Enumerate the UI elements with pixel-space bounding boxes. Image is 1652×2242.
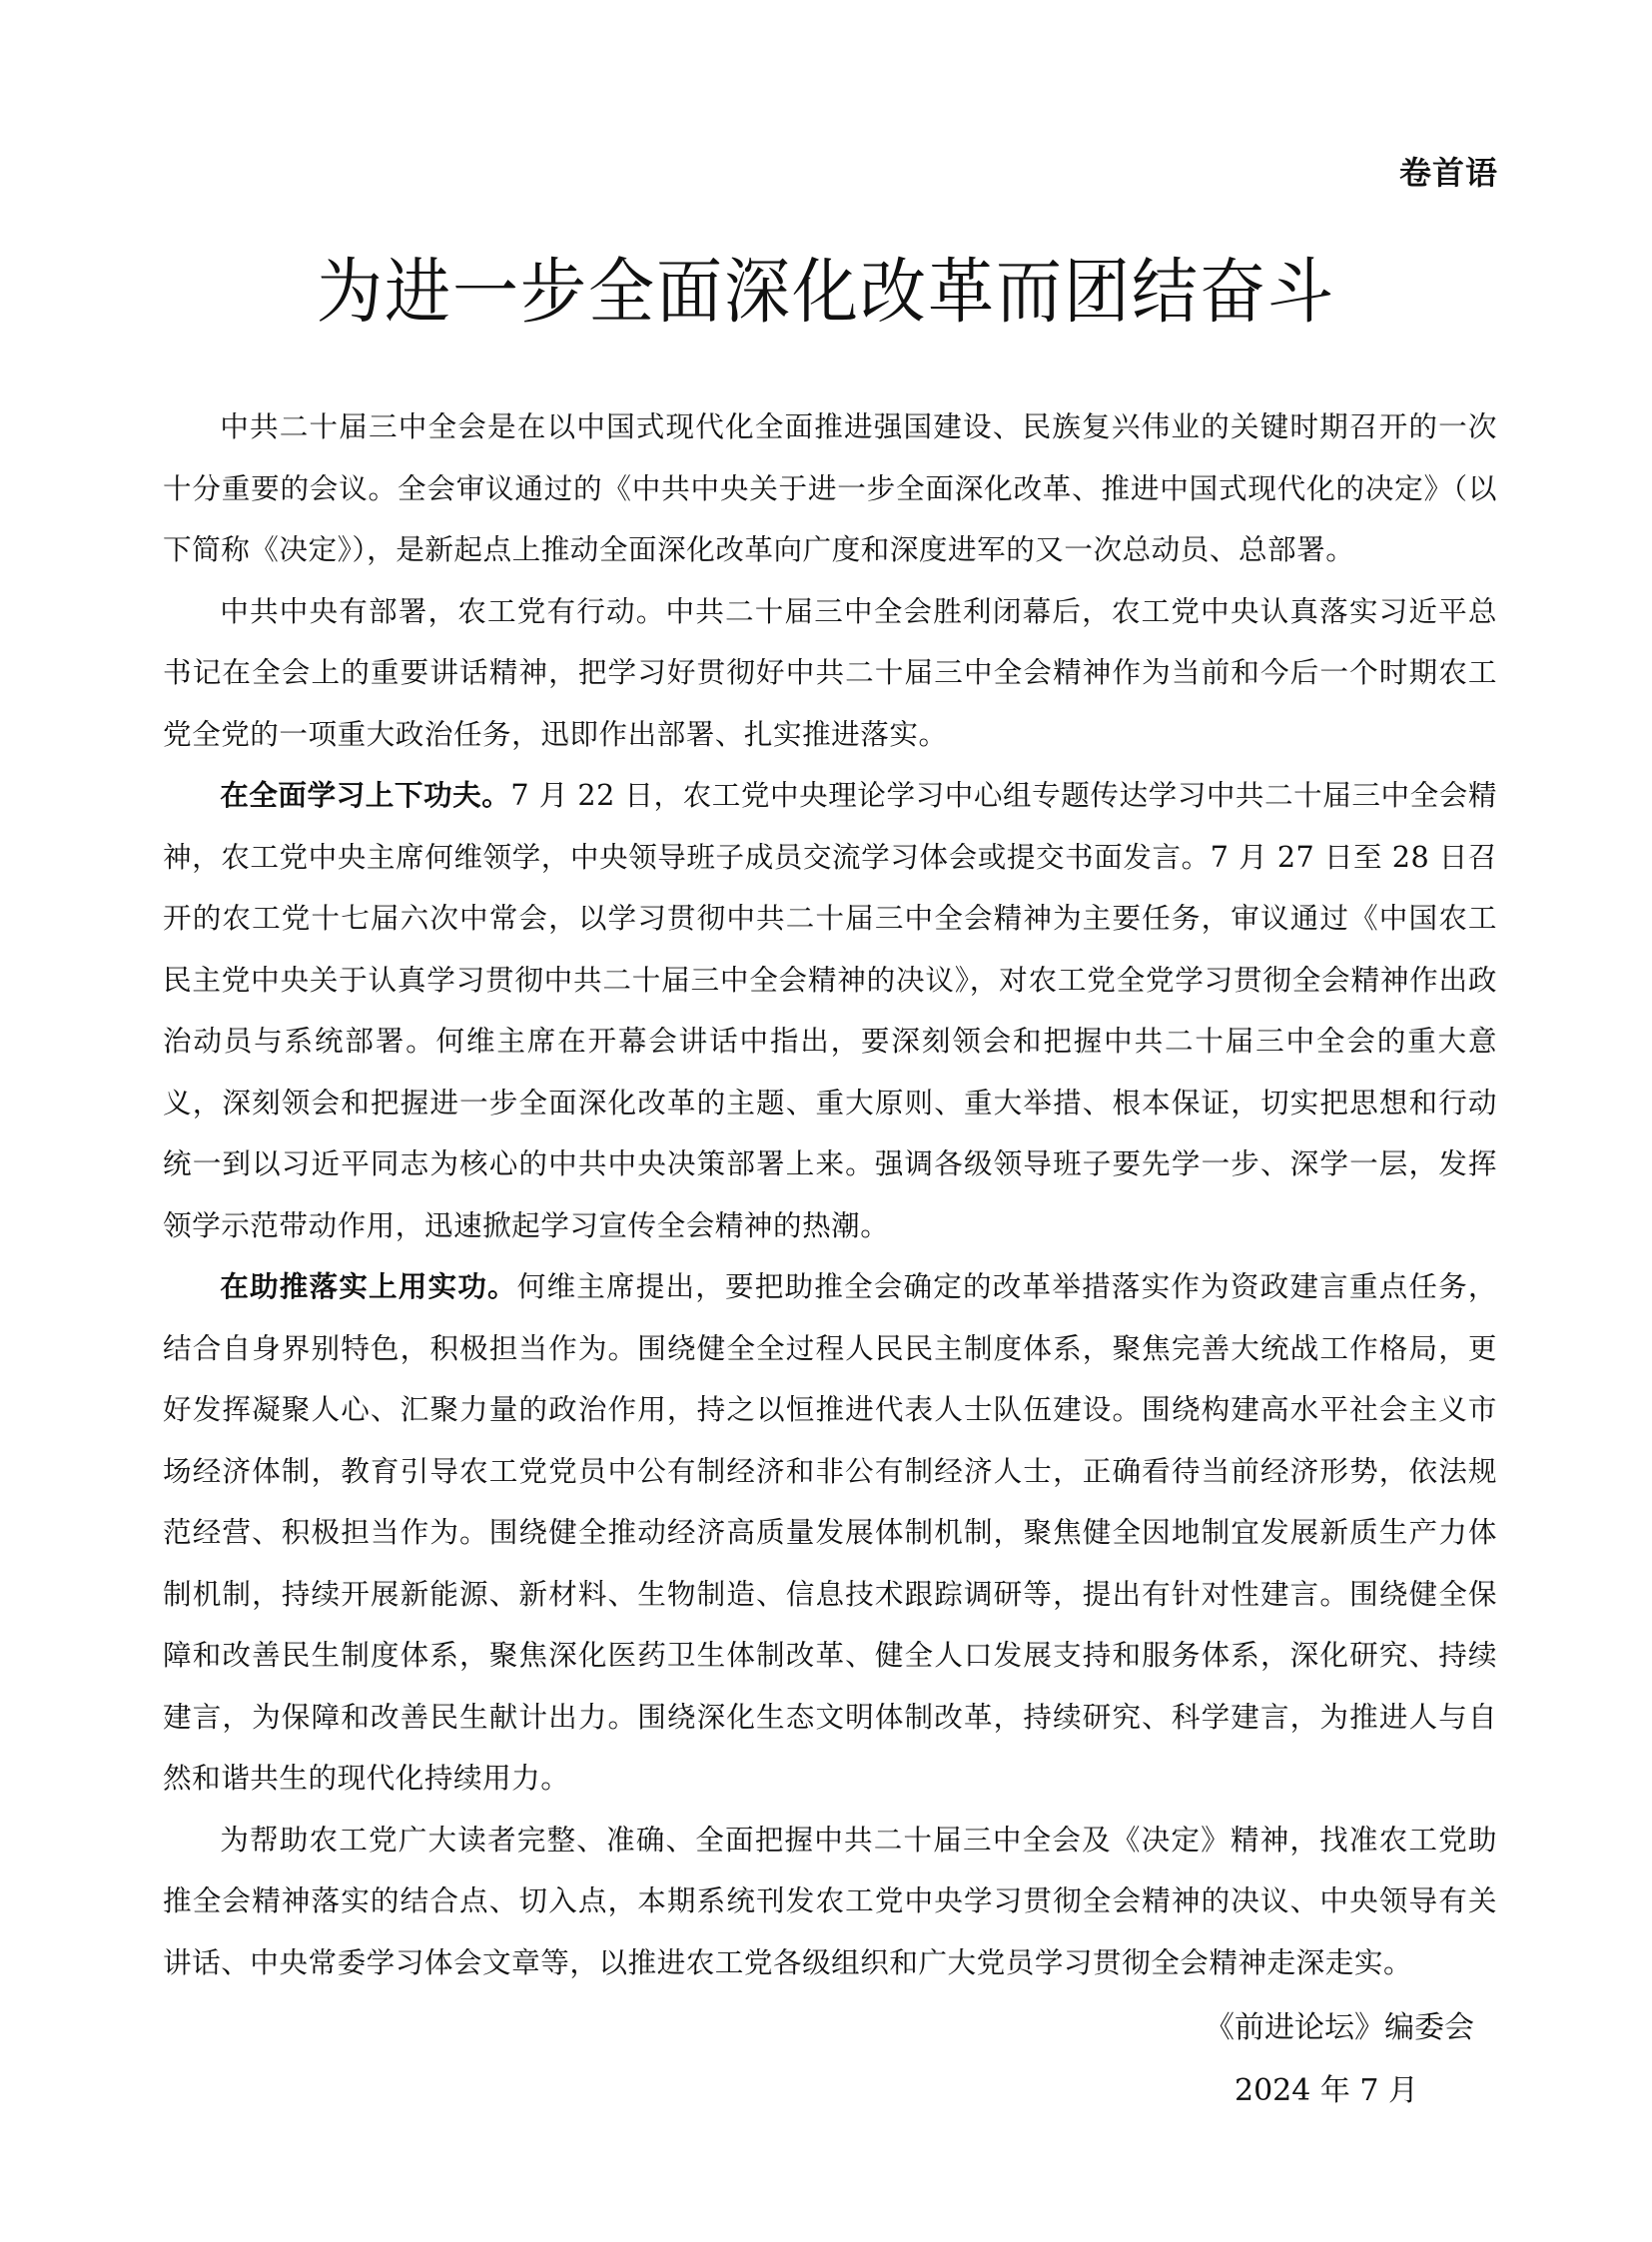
paragraph-text: 为帮助农工党广大读者完整、准确、全面把握中共二十届三中全会及《决定》精神，找准农… <box>163 1823 1497 1979</box>
publication-date: 2024 年 7 月 <box>1235 2060 1418 2121</box>
article-body: 中共二十届三中全会是在以中国式现代化全面推进强国建设、民族复兴伟业的关键时期召开… <box>163 396 1497 1993</box>
paragraph-2: 中共中央有部署，农工党有行动。中共二十届三中全会胜利闭幕后，农工党中央认真落实习… <box>163 581 1497 766</box>
paragraph-lead: 在助推落实上用实功。 <box>220 1269 517 1303</box>
column-label: 卷首语 <box>1399 148 1498 194</box>
paragraph-text: 中共二十届三中全会是在以中国式现代化全面推进强国建设、民族复兴伟业的关键时期召开… <box>163 409 1497 566</box>
signature: 《前进论坛》编委会 <box>1205 1997 1474 2058</box>
paragraph-lead: 在全面学习上下功夫。 <box>220 778 510 812</box>
paragraph-text: 何维主席提出，要把助推全会确定的改革举措落实作为资政建言重点任务，结合自身界别特… <box>163 1269 1497 1795</box>
document-page: 卷首语 为进一步全面深化改革而团结奋斗 中共二十届三中全会是在以中国式现代化全面… <box>0 0 1652 2242</box>
paragraph-text: 7 月 22 日，农工党中央理论学习中心组专题传达学习中共二十届三中全会精神，农… <box>163 778 1497 1242</box>
paragraph-text: 中共中央有部署，农工党有行动。中共二十届三中全会胜利闭幕后，农工党中央认真落实习… <box>163 594 1497 751</box>
paragraph-3: 在全面学习上下功夫。7 月 22 日，农工党中央理论学习中心组专题传达学习中共二… <box>163 765 1497 1256</box>
paragraph-4: 在助推落实上用实功。何维主席提出，要把助推全会确定的改革举措落实作为资政建言重点… <box>163 1256 1497 1810</box>
paragraph-5: 为帮助农工党广大读者完整、准确、全面把握中共二十届三中全会及《决定》精神，找准农… <box>163 1810 1497 1994</box>
paragraph-1: 中共二十届三中全会是在以中国式现代化全面推进强国建设、民族复兴伟业的关键时期召开… <box>163 396 1497 581</box>
article-title: 为进一步全面深化改革而团结奋斗 <box>0 234 1652 337</box>
